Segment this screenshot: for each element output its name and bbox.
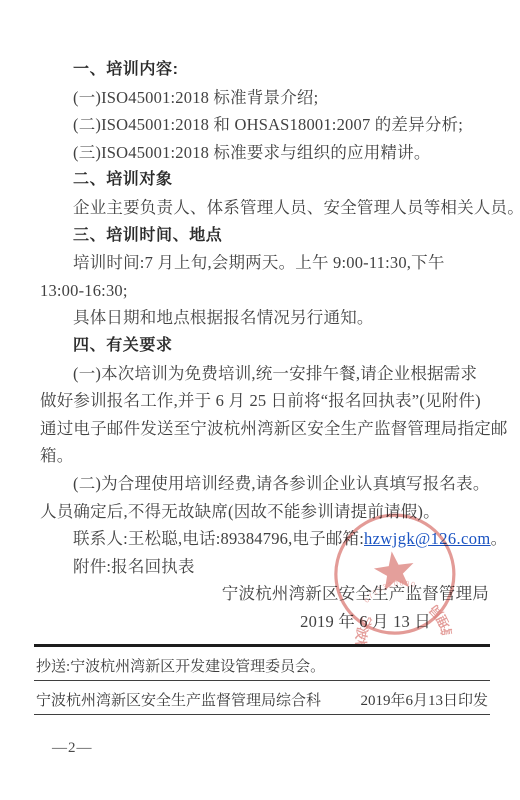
document-body: 一、培训内容: (一)ISO45001:2018 标准背景介绍; (二)ISO4… [40,56,495,635]
attachment-line: 附件:报名回执表 [40,553,495,581]
body-line: (三)ISO45001:2018 标准要求与组织的应用精讲。 [40,139,495,167]
section-heading-2: 二、培训对象 [40,166,495,194]
document-footer: 抄送:宁波杭州湾新区开发建设管理委员会。 宁波杭州湾新区安全生产监督管理局综合科… [34,644,490,715]
issue-date: 2019年6月13日印发 [360,689,488,710]
contact-suffix: 。 [491,529,508,548]
body-line: (一)本次培训为免费培训,统一安排午餐,请企业根据需求 [40,360,495,388]
body-line: 具体日期和地点根据报名情况另行通知。 [40,304,495,332]
body-line: 13:00-16:30; [40,277,495,305]
body-line: 箱。 [40,442,495,470]
body-line: (一)ISO45001:2018 标准背景介绍; [40,84,495,112]
contact-prefix: 联系人:王松聪,电话:89384796,电子邮箱: [73,529,364,548]
body-line: 做好参训报名工作,并于 6 月 25 日前将“报名回执表”(见附件) [40,387,495,415]
body-line: 通过电子邮件发送至宁波杭州湾新区安全生产监督管理局指定邮 [40,415,495,443]
section-heading-3: 三、培训时间、地点 [40,222,495,250]
body-line: (二)为合理使用培训经费,请各参训企业认真填写报名表。 [40,470,495,498]
section-heading-4: 四、有关要求 [40,332,495,360]
page-number: —2— [52,740,93,757]
issuer-row: 宁波杭州湾新区安全生产监督管理局综合科 2019年6月13日印发 [34,681,490,715]
cc-text: 抄送:宁波杭州湾新区开发建设管理委员会。 [36,655,325,676]
issuing-dept: 宁波杭州湾新区安全生产监督管理局综合科 [36,689,321,710]
email-link[interactable]: hzwjgk@126.com [364,529,491,548]
signature-org: 宁波杭州湾新区安全生产监督管理局 [40,580,495,608]
section-heading-1: 一、培训内容: [40,56,495,84]
body-line: 人员确定后,不得无故缺席(因故不能参训请提前请假)。 [40,498,495,526]
document-page: 一、培训内容: (一)ISO45001:2018 标准背景介绍; (二)ISO4… [0,0,520,800]
cc-row: 抄送:宁波杭州湾新区开发建设管理委员会。 [34,647,490,681]
contact-line: 联系人:王松聪,电话:89384796,电子邮箱:hzwjgk@126.com。 [40,525,495,553]
body-line: (二)ISO45001:2018 和 OHSAS18001:2007 的差异分析… [40,111,495,139]
signature-date: 2019 年 6 月 13 日 [40,608,495,636]
body-line: 培训时间:7 月上旬,会期两天。上午 9:00-11:30,下午 [40,249,495,277]
body-line: 企业主要负责人、体系管理人员、安全管理人员等相关人员。 [40,194,495,222]
